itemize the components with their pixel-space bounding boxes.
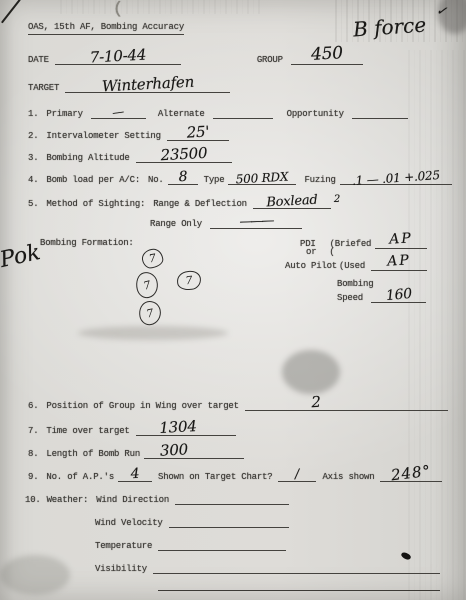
axis-label: Axis shown xyxy=(322,472,374,482)
check-mark: ✓ xyxy=(435,3,448,19)
target-field: Winterhafen xyxy=(65,80,230,93)
visibility-row: Visibility xyxy=(95,561,440,574)
bomb-run-value: 300 xyxy=(160,440,189,459)
no-label: No. xyxy=(148,175,164,185)
briefed-label: (Briefed xyxy=(330,239,372,249)
altitude-value: 23500 xyxy=(160,144,208,164)
corner-pen-stroke xyxy=(1,0,21,23)
ink-blot xyxy=(400,551,412,561)
no-value: 8 xyxy=(178,169,188,185)
range-only-label: Range Only xyxy=(150,219,202,229)
aps-field: 4 xyxy=(118,469,152,482)
briefed-field: AP xyxy=(375,236,427,249)
alternate-label: Alternate xyxy=(158,109,205,119)
item-4-row: 4.Bomb load per A/C:No.8Type500 RDXFuzin… xyxy=(28,172,452,185)
autopilot-used-row: Auto Pilot(UsedAP xyxy=(285,258,427,271)
primary-value: — xyxy=(111,104,125,120)
temperature-row: Temperature xyxy=(95,538,286,551)
wind-velocity-row: Wind Velocity xyxy=(95,515,289,528)
pdi-or-row: or( xyxy=(306,247,335,257)
time-field: 1304 xyxy=(136,423,236,436)
form-title: OAS, 15th AF, Bombing Accuracy xyxy=(28,22,184,35)
scan-streaks-top xyxy=(60,0,260,14)
item-10-row: 10.Weather:Wind Direction xyxy=(25,492,289,505)
time-value: 1304 xyxy=(158,417,196,437)
paren-glyph: ( xyxy=(329,247,334,257)
range-deflection-label: Range & Deflection xyxy=(153,199,247,209)
intervalometer-label: Intervalometer Setting xyxy=(46,131,160,141)
sighting-label: Method of Sighting: xyxy=(46,199,145,209)
date-value: 7-10-44 xyxy=(89,46,146,67)
intervalometer-field: 25' xyxy=(167,128,229,141)
chart-field: / xyxy=(278,469,316,482)
formation-aircraft-count: 7 xyxy=(176,270,202,291)
no-field: 8 xyxy=(168,172,198,185)
opportunity-label: Opportunity xyxy=(287,109,344,119)
paren-mark-glyph: ( xyxy=(113,0,123,19)
position-value: 2 xyxy=(311,393,321,411)
axis-value: 248° xyxy=(390,462,432,485)
position-field: 2 xyxy=(245,398,448,411)
scan-streaks-right xyxy=(408,50,466,600)
temperature-label: Temperature xyxy=(95,541,152,551)
margin-signature: Pok xyxy=(0,240,43,273)
date-group-row: DATE7-10-44GROUP450 xyxy=(28,52,363,65)
primary-label: Primary xyxy=(46,109,82,119)
item-7-row: 7.Time over target1304 xyxy=(28,423,236,436)
group-value: 450 xyxy=(310,43,343,65)
formation-aircraft-count: 7 xyxy=(141,247,165,269)
bomb-run-field: 300 xyxy=(144,446,244,459)
bomb-run-label: Length of Bomb Run xyxy=(46,449,140,459)
range-only-value: ——— xyxy=(239,213,273,229)
pencil-paren-mark: ( xyxy=(113,0,123,19)
primary-field: — xyxy=(91,106,146,119)
chart-label: Shown on Target Chart? xyxy=(158,472,272,482)
speed-label-1: Bombing xyxy=(337,279,373,289)
wind-direction-label: Wind Direction xyxy=(96,495,169,505)
formation-aircraft-count: 7 xyxy=(133,270,161,301)
wind-velocity-label: Wind Velocity xyxy=(95,518,163,528)
wind-velocity-field xyxy=(169,515,289,528)
top-right-note: B force xyxy=(352,12,427,41)
type-label: Type xyxy=(204,175,225,185)
visibility-field xyxy=(153,561,440,574)
temperature-field xyxy=(158,538,286,551)
range-deflection-value: Boxlead xyxy=(266,193,318,211)
alternate-field xyxy=(213,106,273,119)
formation-label: Bombing Formation: xyxy=(40,238,134,248)
type-value: 500 RDX xyxy=(236,170,289,187)
wind-direction-field xyxy=(175,492,289,505)
visibility-label: Visibility xyxy=(95,564,147,574)
item-5-row: 5.Method of Sighting:Range & DeflectionB… xyxy=(28,194,340,209)
item-8-row: 8.Length of Bomb Run300 xyxy=(28,446,244,459)
or-label: or xyxy=(306,247,316,257)
used-label: (Used xyxy=(339,261,365,271)
date-label: DATE xyxy=(28,55,49,65)
date-field: 7-10-44 xyxy=(55,52,181,65)
speed-value: 160 xyxy=(385,286,412,304)
briefed-value: AP xyxy=(389,230,413,247)
sighting-note: 2 xyxy=(334,194,340,205)
target-row: TARGETWinterhafen xyxy=(28,80,230,93)
item-2-row: 2.Intervalometer Setting25' xyxy=(28,128,229,141)
group-field: 450 xyxy=(291,52,363,65)
altitude-field: 23500 xyxy=(136,150,232,163)
item-6-row: 6.Position of Group in Wing over target2 xyxy=(28,398,448,411)
aps-value: 4 xyxy=(130,466,140,482)
range-only-field: ——— xyxy=(210,216,302,229)
scanned-bombing-accuracy-form: ( ✓ B force Pok OAS, 15th AF, Bombing Ac… xyxy=(0,0,466,600)
aps-label: No. of A.P.'s xyxy=(46,472,114,482)
scan-smudge-bottom-left xyxy=(0,555,70,595)
speed-label-2: Speed xyxy=(337,293,363,303)
speed-field: 160 xyxy=(371,290,426,303)
altitude-label: Bombing Altitude xyxy=(46,153,129,163)
weather-label: Weather: xyxy=(47,495,89,505)
extra-blank-line xyxy=(158,576,440,591)
fuzing-value: .1 — .01 +.025 xyxy=(351,168,440,188)
fuzing-field: .1 — .01 +.025 xyxy=(340,172,452,185)
opportunity-field xyxy=(352,106,408,119)
group-label: GROUP xyxy=(257,55,283,65)
bleedthrough-smudge xyxy=(282,350,340,394)
speed-row: Speed160 xyxy=(337,290,426,303)
time-label: Time over target xyxy=(46,426,129,436)
target-label: TARGET xyxy=(28,83,59,93)
item-1-row: 1.Primary—AlternateOpportunity xyxy=(28,106,408,119)
item-9-row: 9.No. of A.P.'s4Shown on Target Chart?/A… xyxy=(28,469,442,482)
position-label: Position of Group in Wing over target xyxy=(46,401,238,411)
range-only-row: Range Only——— xyxy=(150,216,302,229)
chart-value: / xyxy=(295,467,300,482)
formation-aircraft-count: 7 xyxy=(137,299,164,327)
scan-smudge xyxy=(78,326,228,340)
used-field: AP xyxy=(371,258,427,271)
target-value: Winterhafen xyxy=(101,73,194,96)
type-field: 500 RDX xyxy=(228,172,296,185)
bomb-load-label: Bomb load per A/C: xyxy=(46,175,140,185)
item-3-row: 3.Bombing Altitude23500 xyxy=(28,150,232,163)
used-value: AP xyxy=(387,252,411,269)
intervalometer-value: 25' xyxy=(186,122,210,141)
range-deflection-field: Boxlead xyxy=(253,196,331,209)
axis-field: 248° xyxy=(380,469,442,482)
fuzing-label: Fuzing xyxy=(304,175,335,185)
autopilot-label: Auto Pilot xyxy=(285,261,337,271)
